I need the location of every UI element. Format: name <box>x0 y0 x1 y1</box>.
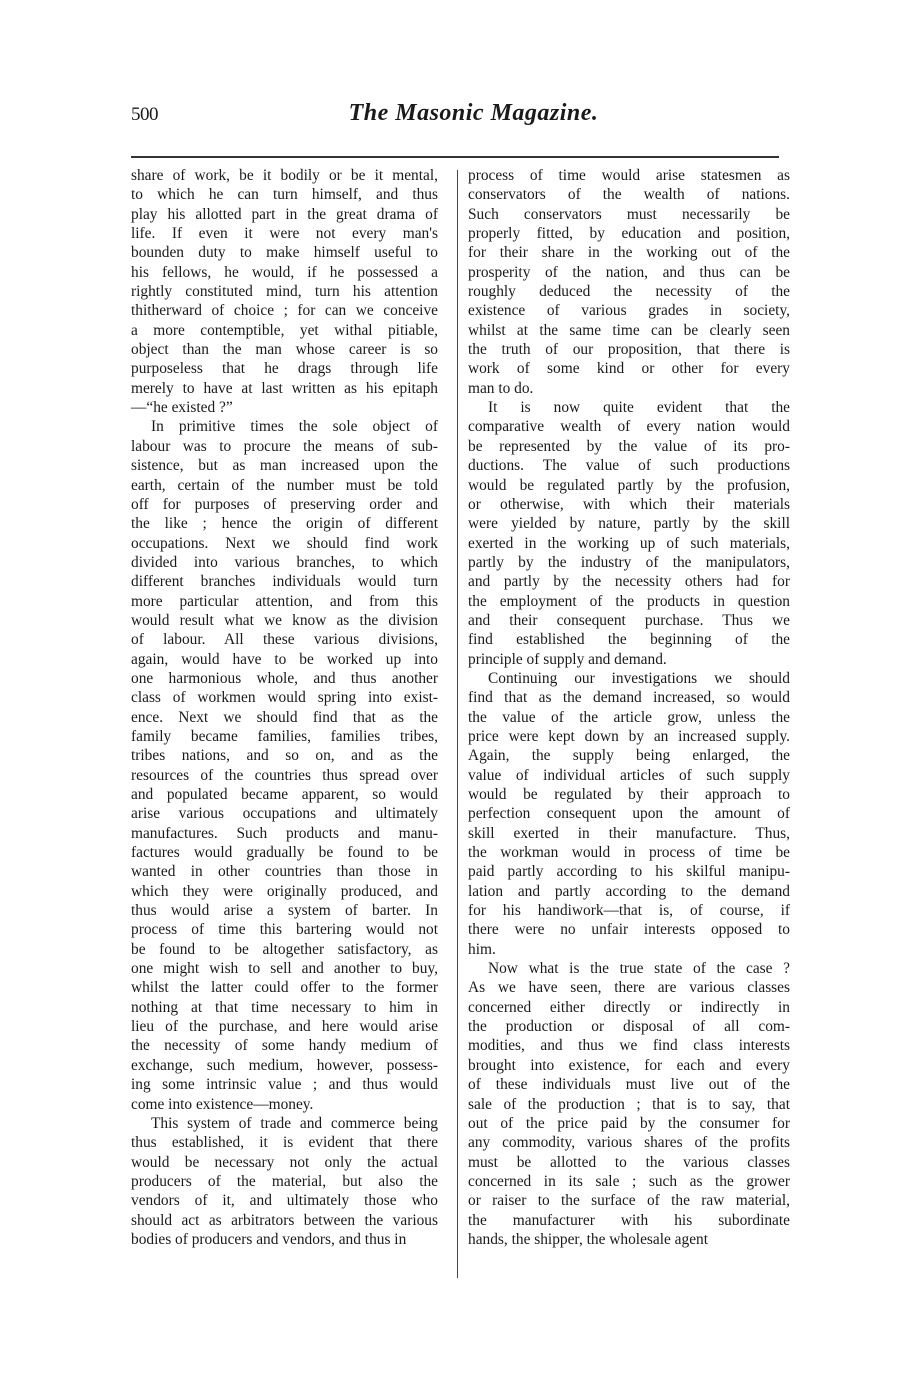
text-line: Continuing our investigations we should <box>468 669 790 688</box>
text-line: exchange, such medium, however, possess- <box>131 1056 438 1075</box>
text-line: factures would gradually be found to be <box>131 843 438 862</box>
text-line: conservators of the wealth of nations. <box>468 185 790 204</box>
text-line: object than the man whose career is so <box>131 340 438 359</box>
text-line: This system of trade and commerce being <box>131 1114 438 1133</box>
text-line: any commodity, various shares of the pro… <box>468 1133 790 1152</box>
text-line: purposeless that he drags through life <box>131 359 438 378</box>
text-line: In primitive times the sole object of <box>131 417 438 436</box>
text-line: whilst at the same time can be clearly s… <box>468 321 790 340</box>
text-line: a more contemptible, yet withal pitiable… <box>131 321 438 340</box>
text-line: thitherward of choice ; for can we conce… <box>131 301 438 320</box>
text-line: Now what is the true state of the case ? <box>468 959 790 978</box>
text-line: the necessity of some handy medium of <box>131 1036 438 1055</box>
text-line: existence of various grades in society, <box>468 301 790 320</box>
text-line: concerned either directly or indirectly … <box>468 998 790 1017</box>
header-rule <box>131 156 779 158</box>
text-line: be found to be altogether satisfactory, … <box>131 940 438 959</box>
text-line: the production or disposal of all com- <box>468 1017 790 1036</box>
text-line: As we have seen, there are various class… <box>468 978 790 997</box>
text-line: lation and partly according to the deman… <box>468 882 790 901</box>
text-line: thus established, it is evident that the… <box>131 1133 438 1152</box>
text-line: and partly by the necessity others had f… <box>468 572 790 591</box>
text-line: to which he can turn himself, and thus <box>131 185 438 204</box>
text-line: there were no unfair interests opposed t… <box>468 920 790 939</box>
text-line: manufactures. Such products and manu- <box>131 824 438 843</box>
text-line: or otherwise, with which their materials <box>468 495 790 514</box>
text-line: would be regulated partly by the profusi… <box>468 476 790 495</box>
text-line: price were kept down by an increased sup… <box>468 727 790 746</box>
text-line: exerted in the working up of such materi… <box>468 534 790 553</box>
text-line: one might wish to sell and another to bu… <box>131 959 438 978</box>
text-line: life. If even it were not every man's <box>131 224 438 243</box>
text-line: of labour. All these various divisions, <box>131 630 438 649</box>
text-line: principle of supply and demand. <box>468 650 790 669</box>
text-line: skill exerted in their manufacture. Thus… <box>468 824 790 843</box>
text-line: nothing at that time necessary to him in <box>131 998 438 1017</box>
text-line: process of time this bartering would not <box>131 920 438 939</box>
text-line: for their share in the working out of th… <box>468 243 790 262</box>
text-line: class of workmen would spring into exist… <box>131 688 438 707</box>
text-line: which they were originally produced, and <box>131 882 438 901</box>
text-line: Such conservators must necessarily be <box>468 205 790 224</box>
running-title: The Masonic Magazine. <box>0 100 907 127</box>
text-line: concerned in its sale ; such as the grow… <box>468 1172 790 1191</box>
text-line: would be regulated by their approach to <box>468 785 790 804</box>
text-line: ence. Next we should find that as the <box>131 708 438 727</box>
text-line: bodies of producers and vendors, and thu… <box>131 1230 438 1249</box>
text-line: play his allotted part in the great dram… <box>131 205 438 224</box>
text-line: man to do. <box>468 379 790 398</box>
text-line: work of some kind or other for every <box>468 359 790 378</box>
left-column: share of work, be it bodily or be it men… <box>131 166 438 1249</box>
text-line: bounden duty to make himself useful to <box>131 243 438 262</box>
text-line: divided into various branches, to which <box>131 553 438 572</box>
text-line: tribes nations, and so on, and as the <box>131 746 438 765</box>
text-line: the workman would in process of time be <box>468 843 790 862</box>
text-line: one harmonious whole, and thus another <box>131 669 438 688</box>
text-line: share of work, be it bodily or be it men… <box>131 166 438 185</box>
text-line: sale of the production ; that is to say,… <box>468 1095 790 1114</box>
text-line: of these individuals must live out of th… <box>468 1075 790 1094</box>
text-line: were yielded by nature, partly by the sk… <box>468 514 790 533</box>
text-line: wanted in other countries than those in <box>131 862 438 881</box>
text-line: for his handiwork—that is, of course, if <box>468 901 790 920</box>
text-line: process of time would arise statesmen as <box>468 166 790 185</box>
text-line: —“he existed ?” <box>131 398 438 417</box>
text-line: find that as the demand increased, so wo… <box>468 688 790 707</box>
text-line: again, would have to be worked up into <box>131 650 438 669</box>
text-line: merely to have at last written as his ep… <box>131 379 438 398</box>
text-line: earth, certain of the number must be tol… <box>131 476 438 495</box>
text-line: sistence, but as man increased upon the <box>131 456 438 475</box>
text-line: the value of the article grow, unless th… <box>468 708 790 727</box>
text-line: off for purposes of preserving order and <box>131 495 438 514</box>
text-line: roughly deduced the necessity of the <box>468 282 790 301</box>
text-line: Again, the supply being enlarged, the <box>468 746 790 765</box>
text-line: family became families, families tribes, <box>131 727 438 746</box>
text-line: his fellows, he would, if he possessed a <box>131 263 438 282</box>
text-line: or raiser to the surface of the raw mate… <box>468 1191 790 1210</box>
text-line: labour was to procure the means of sub- <box>131 437 438 456</box>
text-line: perfection consequent upon the amount of <box>468 804 790 823</box>
text-line: It is now quite evident that the <box>468 398 790 417</box>
text-line: different branches individuals would tur… <box>131 572 438 591</box>
text-line: resources of the countries thus spread o… <box>131 766 438 785</box>
text-line: occupations. Next we should find work <box>131 534 438 553</box>
text-line: brought into existence, for each and eve… <box>468 1056 790 1075</box>
text-line: and populated became apparent, so would <box>131 785 438 804</box>
text-line: the employment of the products in questi… <box>468 592 790 611</box>
column-divider <box>457 170 458 1278</box>
text-line: partly by the industry of the manipulato… <box>468 553 790 572</box>
text-line: would be necessary not only the actual <box>131 1153 438 1172</box>
text-line: ing some intrinsic value ; and thus woul… <box>131 1075 438 1094</box>
text-line: should act as arbitrators between the va… <box>131 1211 438 1230</box>
text-line: more particular attention, and from this <box>131 592 438 611</box>
text-line: comparative wealth of every nation would <box>468 417 790 436</box>
text-line: arise various occupations and ultimately <box>131 804 438 823</box>
text-line: the manufacturer with his subordinate <box>468 1211 790 1230</box>
text-line: value of individual articles of such sup… <box>468 766 790 785</box>
text-line: paid partly according to his skilful man… <box>468 862 790 881</box>
right-column: process of time would arise statesmen as… <box>468 166 790 1249</box>
text-line: and their consequent purchase. Thus we <box>468 611 790 630</box>
text-line: the truth of our proposition, that there… <box>468 340 790 359</box>
text-line: lieu of the purchase, and here would ari… <box>131 1017 438 1036</box>
text-line: must be allotted to the various classes <box>468 1153 790 1172</box>
text-line: hands, the shipper, the wholesale agent <box>468 1230 790 1249</box>
text-line: rightly constituted mind, turn his atten… <box>131 282 438 301</box>
text-line: whilst the latter could offer to the for… <box>131 978 438 997</box>
text-line: him. <box>468 940 790 959</box>
text-line: would result what we know as the divisio… <box>131 611 438 630</box>
text-line: properly fitted, by education and positi… <box>468 224 790 243</box>
text-line: prosperity of the nation, and thus can b… <box>468 263 790 282</box>
text-line: find established the beginning of the <box>468 630 790 649</box>
text-line: come into existence—money. <box>131 1095 438 1114</box>
text-line: producers of the material, but also the <box>131 1172 438 1191</box>
text-line: the like ; hence the origin of different <box>131 514 438 533</box>
text-line: vendors of it, and ultimately those who <box>131 1191 438 1210</box>
text-line: thus would arise a system of barter. In <box>131 901 438 920</box>
text-line: out of the price paid by the consumer fo… <box>468 1114 790 1133</box>
text-line: be represented by the value of its pro- <box>468 437 790 456</box>
text-line: ductions. The value of such productions <box>468 456 790 475</box>
text-line: modities, and thus we find class interes… <box>468 1036 790 1055</box>
